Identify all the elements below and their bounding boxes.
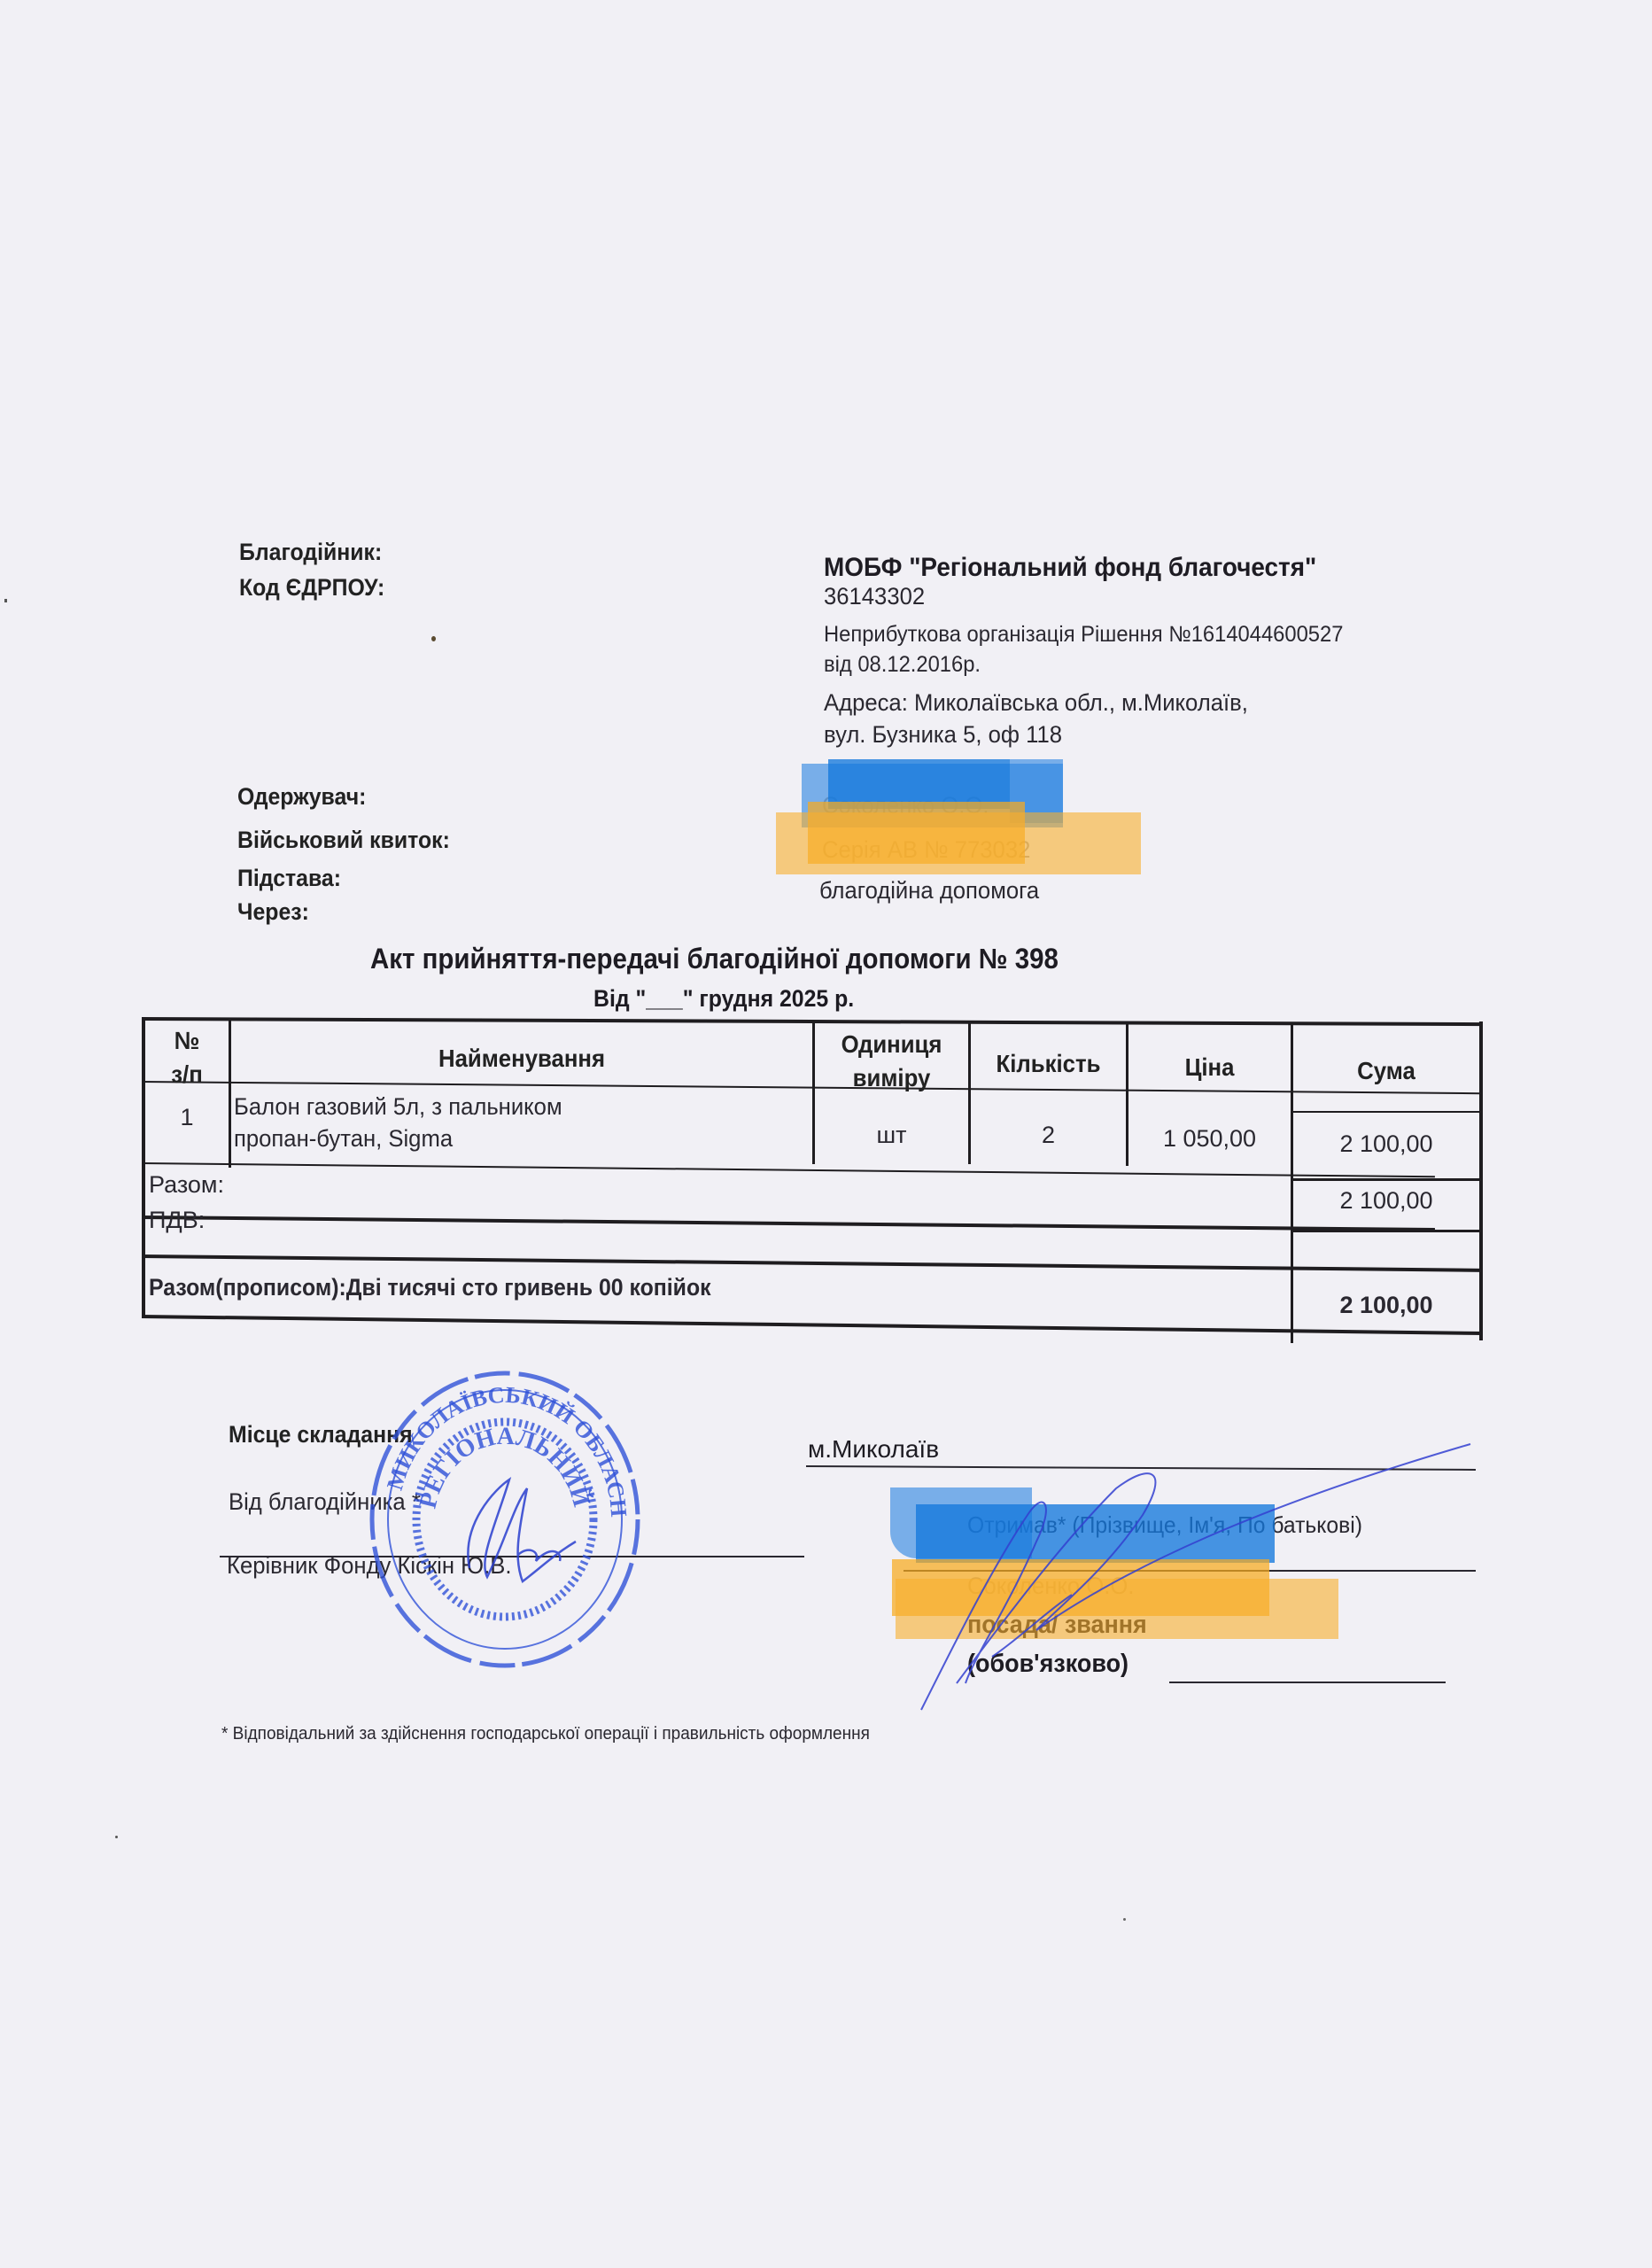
donor-code-label: Код ЄДРПОУ: [239,574,384,602]
vat-label: ПДВ: [149,1207,205,1234]
donor-address-line1: Адреса: Миколаївська обл., м.Миколаїв, [824,689,1248,717]
row-name-line1: Балон газовий 5л, з пальником [234,1093,562,1121]
donor-code: 36143302 [824,583,925,610]
header-sum: Сума [1300,1054,1471,1088]
act-date: Від "___" грудня 2025 р. [593,985,854,1013]
header-qty: Кількість [977,1047,1120,1081]
donor-name: МОБФ "Регіональний фонд благочестя" [824,553,1316,583]
donor-address-line2: вул. Бузника 5, оф 118 [824,721,1062,749]
paper-speck [431,636,436,641]
svg-text:РЕГІОНАЛЬНИЙ ФОНД: РЕГІОНАЛЬНИЙ ФОНД [353,1343,596,1515]
paper-speck [1123,1918,1126,1921]
donor-label: Благодійник: [239,539,382,566]
row-qty: 2 [971,1122,1126,1149]
basis-value: благодійна допомога [819,877,1039,905]
header-name: Найменування [254,1042,789,1076]
military-id-label: Військовий квиток: [237,827,450,854]
total-words-value: 2 100,00 [1293,1292,1479,1319]
recipient-label: Одержувач: [237,783,366,811]
paper-speck [115,1836,118,1838]
redaction-marker-yellow [776,812,1141,874]
total-label: Разом: [149,1171,224,1199]
row-price: 1 050,00 [1128,1125,1291,1153]
organization-stamp-icon: МИКОЛАЇВСЬКИЙ ОБЛАСНИЙ РЕГІОНАЛЬНИЙ ФОНД [363,1364,647,1674]
header-num: № з/п [149,1024,225,1091]
header-unit: Одиниця виміру [821,1028,962,1095]
basis-label: Підстава: [237,865,341,892]
row-sum: 2 100,00 [1293,1130,1479,1158]
recipient-signature-icon [904,1435,1479,1719]
row-name-line2: пропан-бутан, Sigma [234,1125,453,1153]
via-label: Через: [237,898,309,926]
total-value: 2 100,00 [1293,1187,1479,1215]
header-price: Ціна [1135,1051,1284,1084]
row-num: 1 [145,1104,229,1131]
total-words: Разом(прописом):Дві тисячі сто гривень 0… [149,1274,711,1301]
donor-nonprofit-line1: Неприбуткова організація Рішення №161404… [824,622,1343,648]
act-title: Акт прийняття-передачі благодійної допом… [370,943,1059,975]
footnote: * Відповідальний за здійснення господарс… [221,1724,870,1744]
items-table: № з/п Найменування Одиниця виміру Кількі… [142,1017,1481,1343]
row-unit: шт [815,1122,968,1149]
donor-nonprofit-line2: від 08.12.2016р. [824,652,981,678]
paper-speck [4,599,7,602]
